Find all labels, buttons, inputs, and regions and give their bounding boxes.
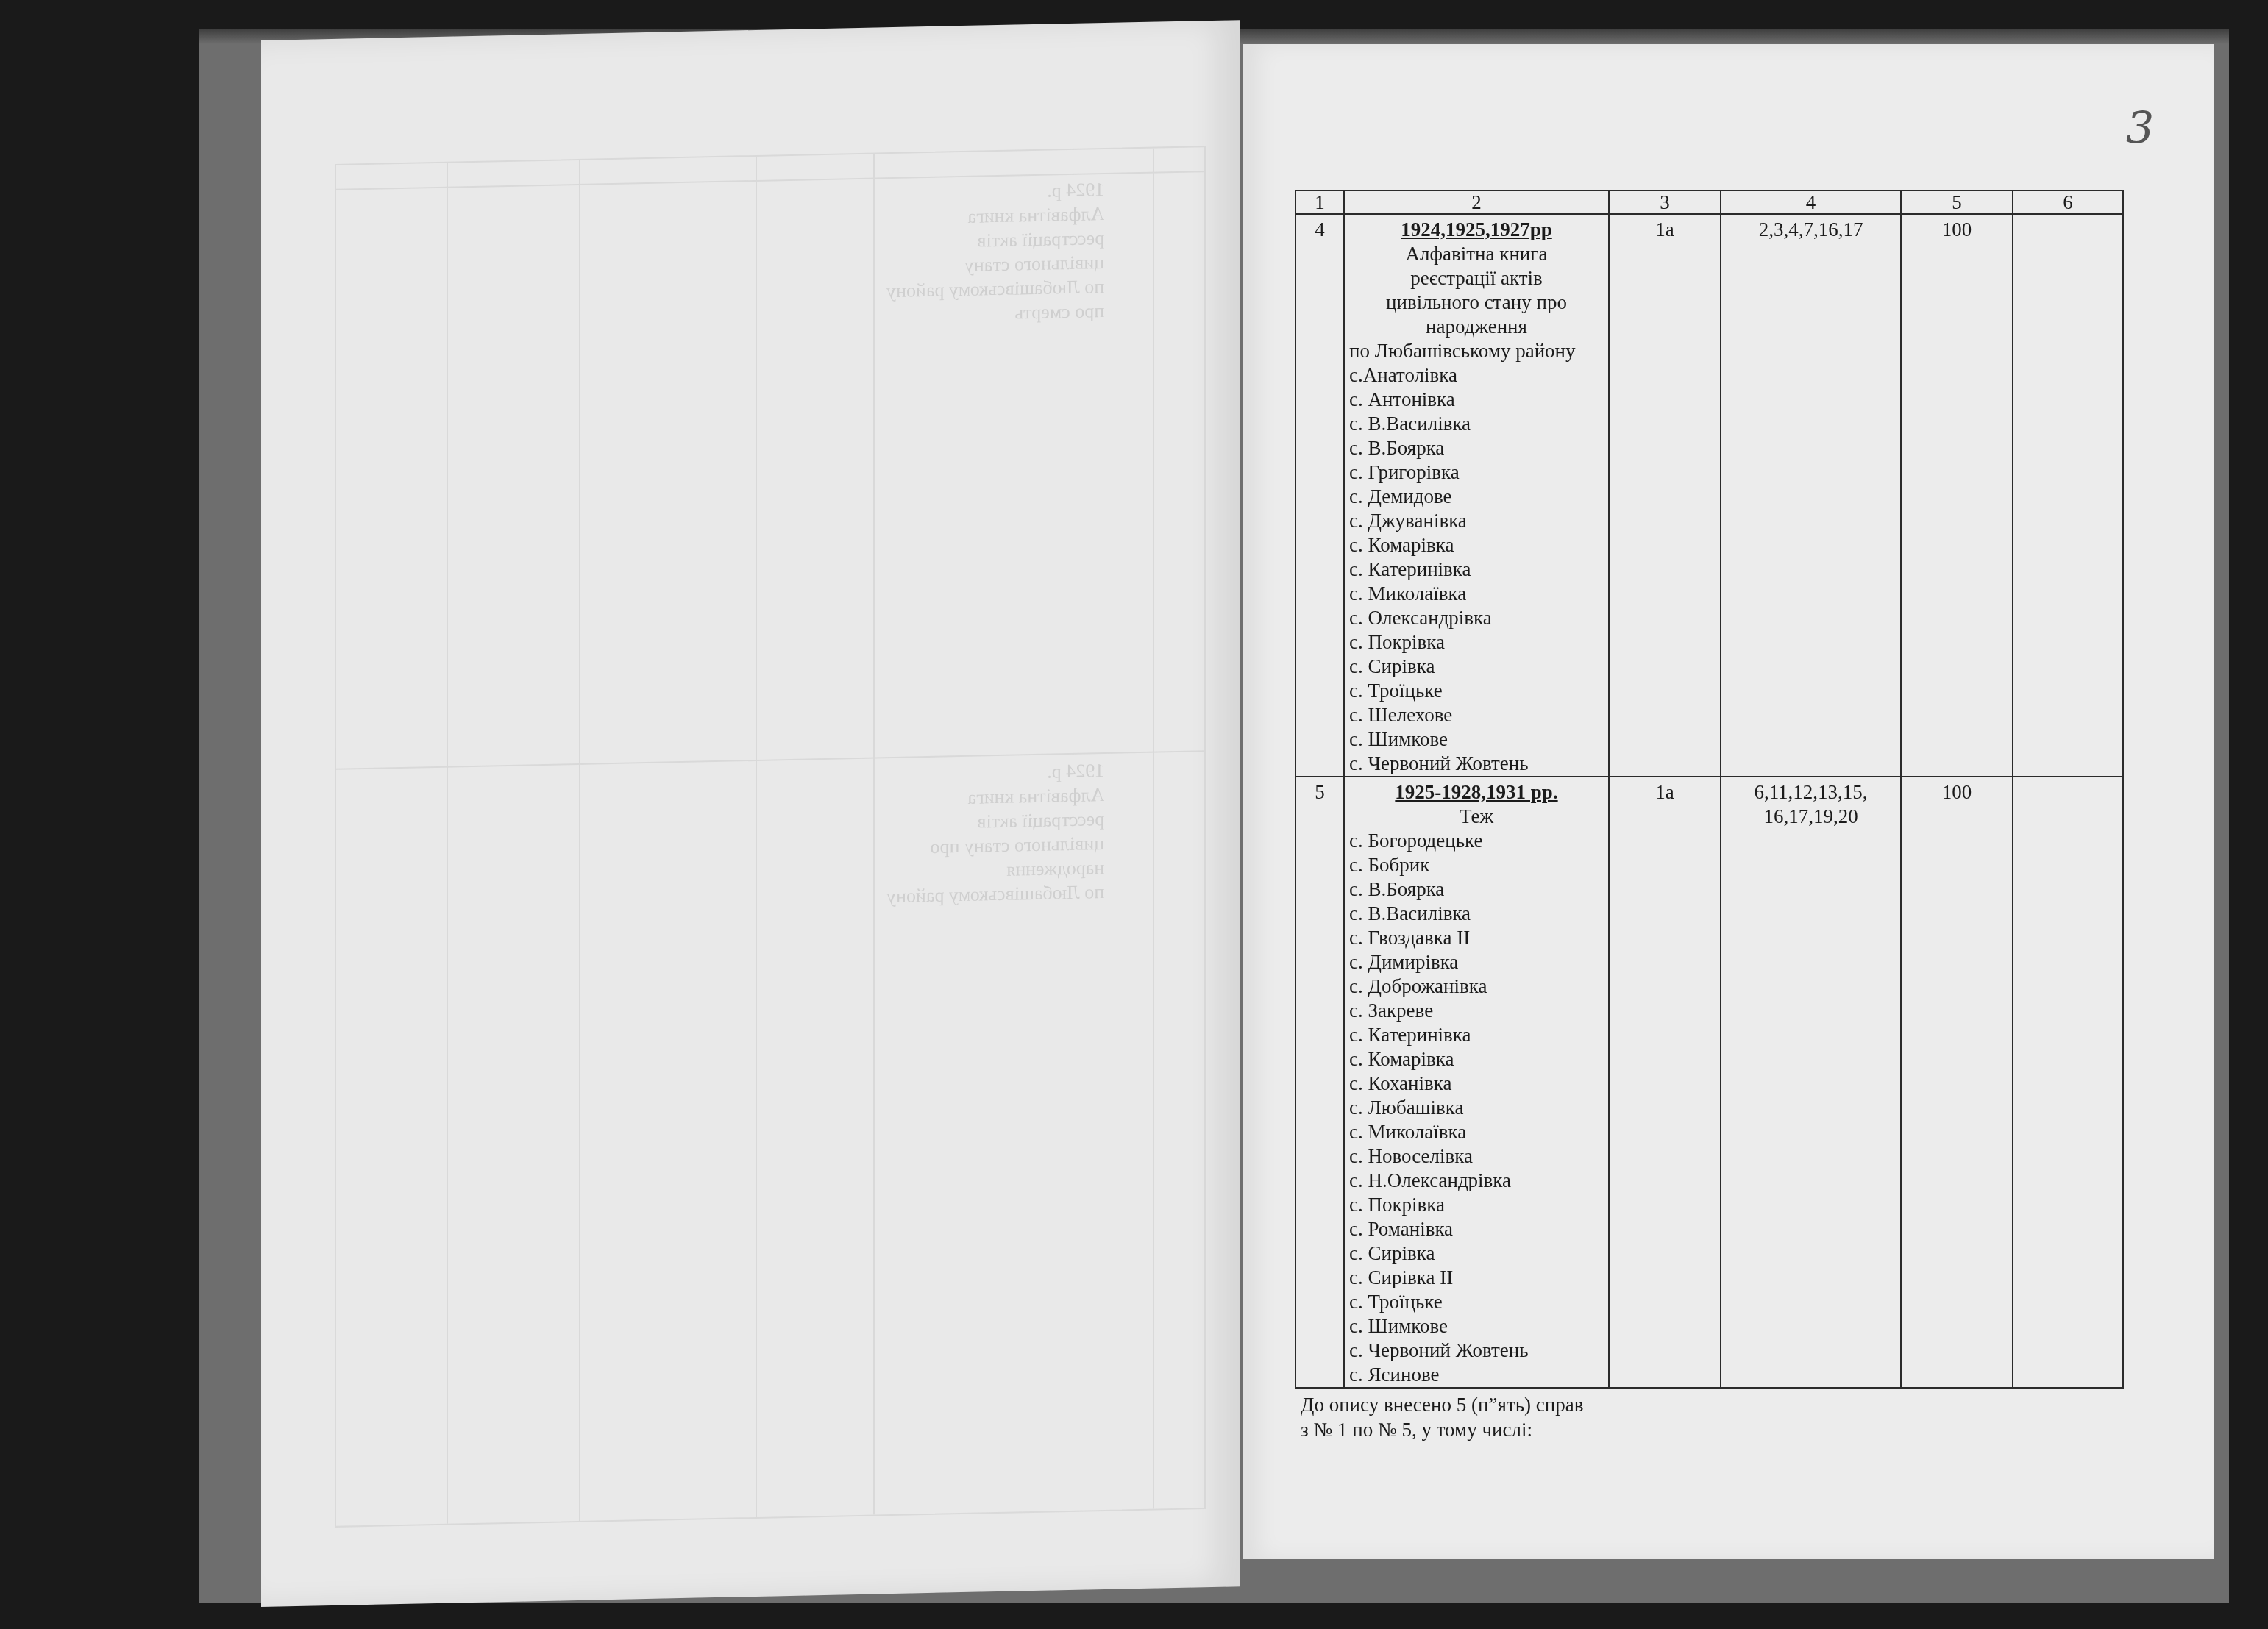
village-item: с. Троїцьке: [1349, 679, 1608, 703]
village-item: с. Сирівка: [1349, 655, 1608, 679]
village-item: с. В.Боярка: [1349, 436, 1608, 460]
village-item: с. Коханівка: [1349, 1072, 1608, 1096]
case-title-line: реєстрації актів: [1345, 266, 1608, 290]
column-header: 2: [1344, 190, 1609, 214]
sheets-value: 2,3,4,7,16,17: [1721, 218, 1900, 242]
village-list: с. Богородецькес. Бобрикс. В.Бояркас. В.…: [1345, 829, 1608, 1387]
notes-cell: [2013, 777, 2123, 1388]
village-item: с. Покрівка: [1349, 1193, 1608, 1217]
village-item: с. В.Василівка: [1349, 902, 1608, 926]
table-row: 51925-1928,1931 рр.Тежс. Богородецькес. …: [1295, 777, 2123, 1388]
show-through-text-upper: 1924 р. Алфавітна книга реєстрації актів…: [886, 177, 1104, 327]
village-item: с. Олександрівка: [1349, 606, 1608, 630]
case-number: 5: [1296, 780, 1343, 805]
index-cell: 1а: [1609, 777, 1721, 1388]
village-item: с. Сирівка II: [1349, 1266, 1608, 1290]
column-header: 5: [1901, 190, 2013, 214]
village-item: с. Бобрик: [1349, 853, 1608, 877]
village-item: с. Шимкове: [1349, 1314, 1608, 1339]
village-item: с. Гвоздавка II: [1349, 926, 1608, 950]
sheets-cell: 2,3,4,7,16,17: [1721, 214, 1901, 777]
notes-cell: [2013, 214, 2123, 777]
sheets-value: 16,17,19,20: [1721, 805, 1900, 829]
village-item: с. Доброжанівка: [1349, 974, 1608, 999]
village-item: с. Григорівка: [1349, 460, 1608, 485]
village-item: с. Новоселівка: [1349, 1144, 1608, 1169]
village-item: с. Любашівка: [1349, 1096, 1608, 1120]
case-title-line: Алфавітна книга: [1345, 242, 1608, 266]
village-item: с. Миколаївка: [1349, 1120, 1608, 1144]
village-item: с. Миколаївка: [1349, 582, 1608, 606]
village-item: с. Романівка: [1349, 1217, 1608, 1241]
village-item: с. Комарівка: [1349, 1047, 1608, 1072]
village-item: с. Закреве: [1349, 999, 1608, 1023]
village-item: с. Шелехове: [1349, 703, 1608, 727]
column-header: 4: [1721, 190, 1901, 214]
village-item: с. Комарівка: [1349, 533, 1608, 557]
retention-cell: 100: [1901, 777, 2013, 1388]
inventory-table: 1 2 3 4 5 6 41924,1925,1927ррАлфавітна к…: [1295, 190, 2124, 1389]
table-header-row: 1 2 3 4 5 6: [1295, 190, 2123, 214]
retention-value: 100: [1902, 218, 2012, 242]
village-item: с. Катеринівка: [1349, 1023, 1608, 1047]
show-through-text-lower: 1924 р. Алфавітна книга реєстрації актів…: [886, 758, 1104, 908]
retention-cell: 100: [1901, 214, 2013, 777]
case-title-cell: 1924,1925,1927ррАлфавітна книгареєстраці…: [1344, 214, 1609, 777]
case-title-line: народження: [1345, 315, 1608, 339]
index-value: 1а: [1610, 218, 1720, 242]
village-item: с. Покрівка: [1349, 630, 1608, 655]
case-title-cell: 1925-1928,1931 рр.Тежс. Богородецькес. Б…: [1344, 777, 1609, 1388]
village-item: с. Ясинове: [1349, 1363, 1608, 1387]
inventory-summary: До опису внесено 5 (п”ять) справ з № 1 п…: [1301, 1392, 1583, 1442]
column-header: 6: [2013, 190, 2123, 214]
village-item: с. Троїцьке: [1349, 1290, 1608, 1314]
case-district: по Любашівському району: [1345, 339, 1608, 363]
left-page: 1924 р. Алфавітна книга реєстрації актів…: [261, 20, 1240, 1607]
village-item: с. Антонівка: [1349, 388, 1608, 412]
table-row: 41924,1925,1927ррАлфавітна книгареєстрац…: [1295, 214, 2123, 777]
village-item: с. Сирівка: [1349, 1241, 1608, 1266]
case-number: 4: [1296, 218, 1343, 242]
case-title-line: Теж: [1345, 805, 1608, 829]
village-item: с. В.Василівка: [1349, 412, 1608, 436]
column-header: 3: [1609, 190, 1721, 214]
index-value: 1а: [1610, 780, 1720, 805]
summary-line: До опису внесено 5 (п”ять) справ: [1301, 1392, 1583, 1417]
case-years: 1924,1925,1927рр: [1345, 218, 1608, 242]
sheets-cell: 6,11,12,13,15,16,17,19,20: [1721, 777, 1901, 1388]
village-item: с. Катеринівка: [1349, 557, 1608, 582]
village-item: с. Димирівка: [1349, 950, 1608, 974]
case-number-cell: 5: [1295, 777, 1344, 1388]
case-number-cell: 4: [1295, 214, 1344, 777]
index-cell: 1а: [1609, 214, 1721, 777]
village-item: с.Анатолівка: [1349, 363, 1608, 388]
village-item: с. Демидове: [1349, 485, 1608, 509]
summary-line: з № 1 по № 5, у тому числі:: [1301, 1417, 1583, 1442]
village-item: с. В.Боярка: [1349, 877, 1608, 902]
village-item: с. Н.Олександрівка: [1349, 1169, 1608, 1193]
page-number: 3: [2126, 103, 2154, 154]
village-item: с. Шимкове: [1349, 727, 1608, 752]
retention-value: 100: [1902, 780, 2012, 805]
sheets-value: 6,11,12,13,15,: [1721, 780, 1900, 805]
village-list: с.Анатолівкас. Антонівкас. В.Василівкас.…: [1345, 363, 1608, 776]
case-title-line: цивільного стану про: [1345, 290, 1608, 315]
case-years: 1925-1928,1931 рр.: [1345, 780, 1608, 805]
village-item: с. Червоний Жовтень: [1349, 1339, 1608, 1363]
village-item: с. Богородецьке: [1349, 829, 1608, 853]
column-header: 1: [1295, 190, 1344, 214]
village-item: с. Червоний Жовтень: [1349, 752, 1608, 776]
village-item: с. Джуванівка: [1349, 509, 1608, 533]
